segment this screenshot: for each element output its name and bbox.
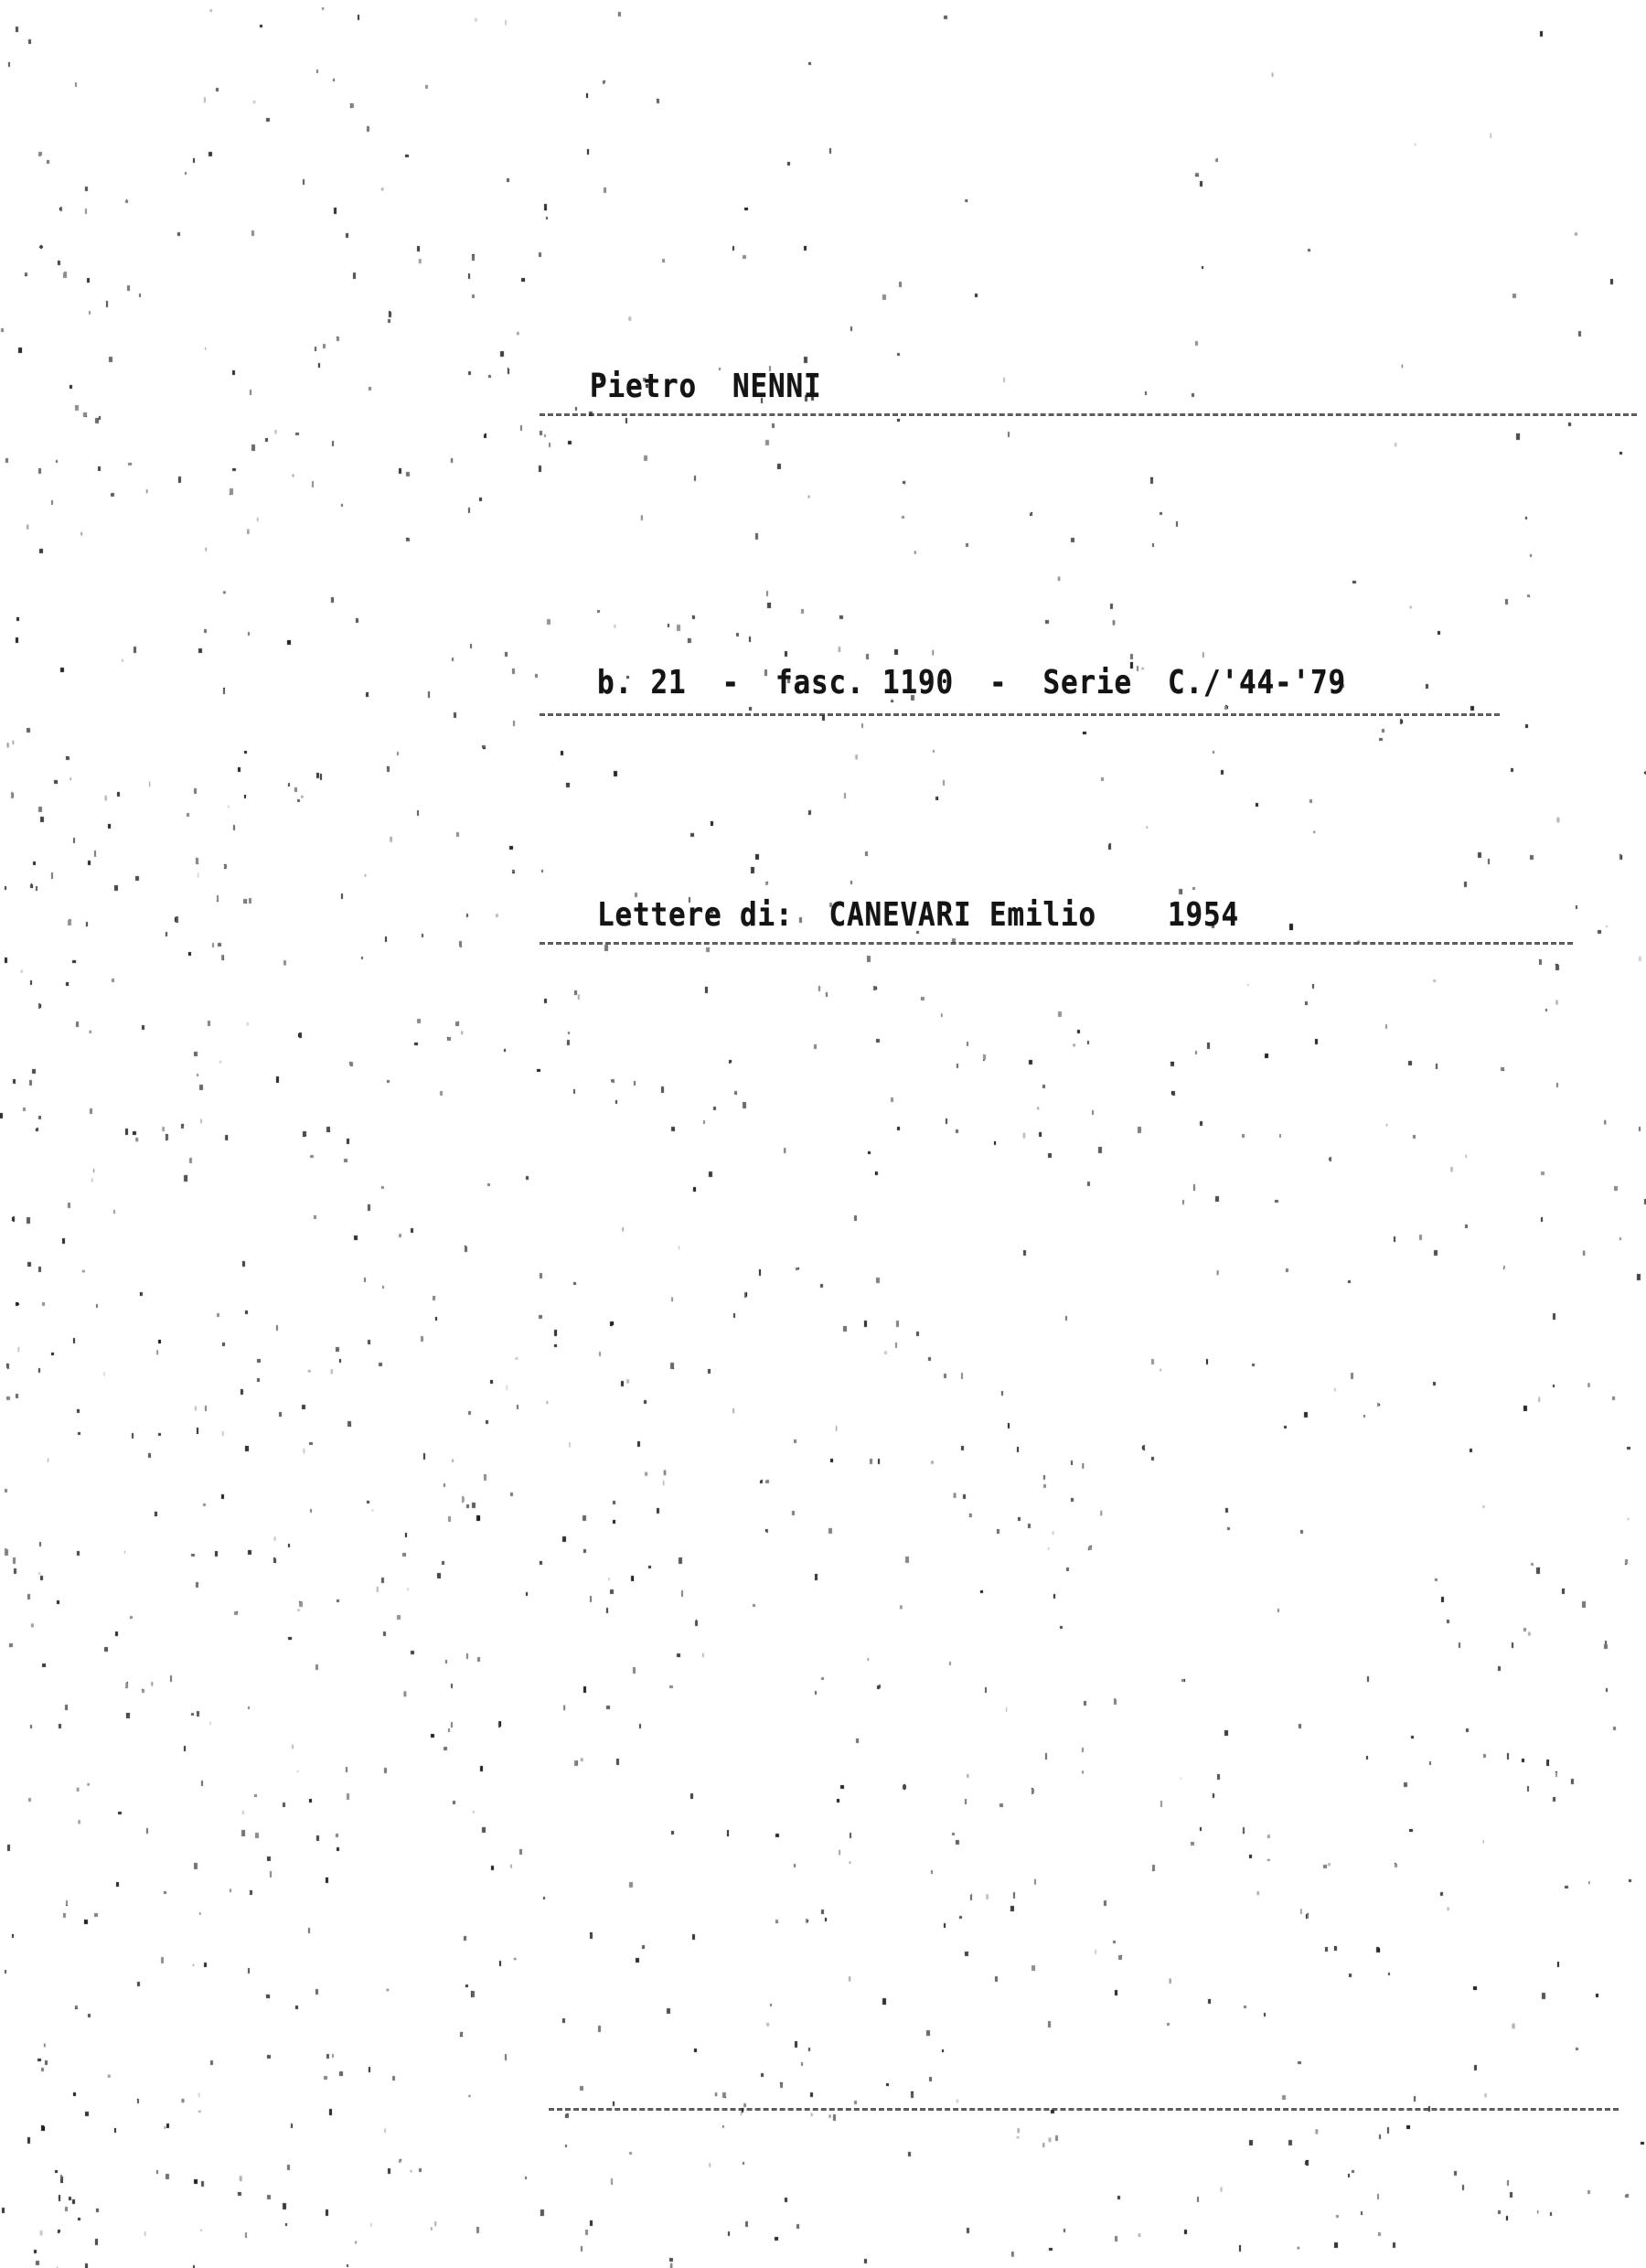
letters-correspondent: Lettere di: CANEVARI Emilio 1954 xyxy=(597,896,1239,934)
scan-noise-background xyxy=(0,0,1646,2268)
author-underline xyxy=(540,413,1637,416)
blank-underline xyxy=(549,2108,1619,2111)
letters-underline xyxy=(540,942,1573,945)
folder-reference: b. 21 - fasc. 1190 - Serie C./'44-'79 xyxy=(597,664,1346,701)
folder-underline xyxy=(540,713,1500,716)
author-name: Pietro NENNI xyxy=(590,368,821,405)
